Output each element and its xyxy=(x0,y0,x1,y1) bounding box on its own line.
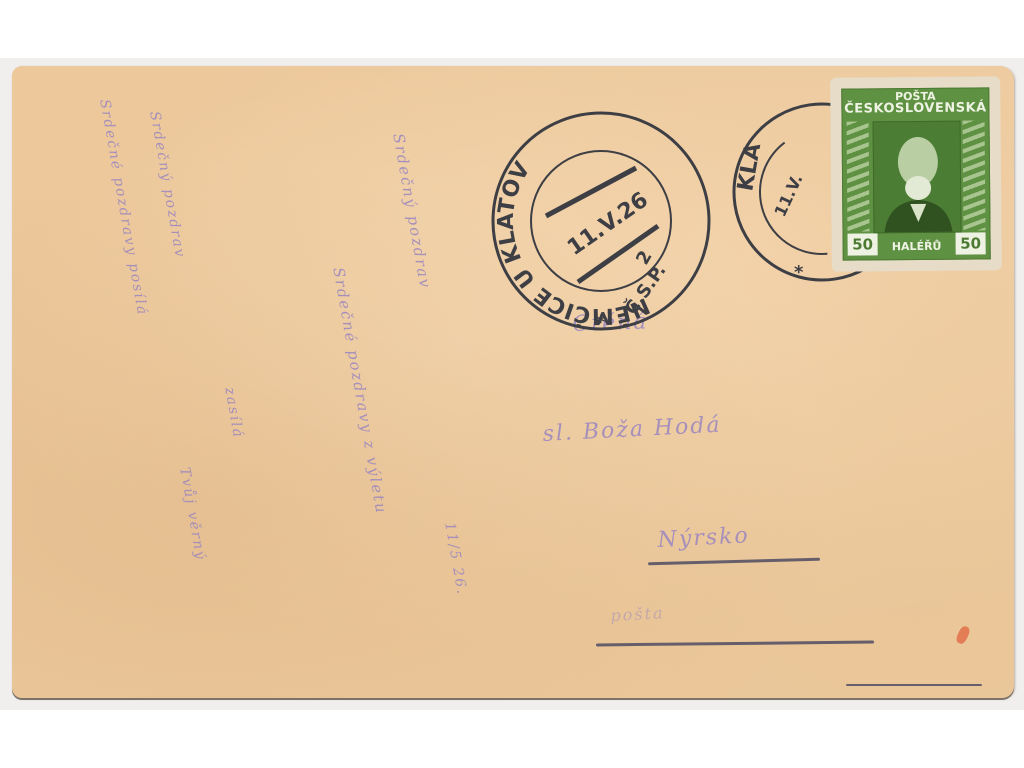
red-ink-mark xyxy=(955,625,972,646)
stamp-value-right: 50 xyxy=(956,232,986,254)
address-underline-3 xyxy=(846,684,982,686)
postage-stamp: POŠTA ČESKOSLOVENSKÁ 50 HALÉŘŮ 50 xyxy=(833,79,999,268)
address-line-2: sl. Boža Hodá xyxy=(542,413,722,447)
postcard: Srdečné pozdravy posílá Srdečný pozdrav … xyxy=(12,66,1014,698)
stamp-currency: HALÉŘŮ xyxy=(880,240,954,254)
message-column-5: Srdečný pozdrav xyxy=(389,132,434,291)
message-column-3: zasílá xyxy=(221,386,246,440)
postmark-town: NĚMČICE U KLATOV xyxy=(459,136,655,368)
stamp-portrait-icon xyxy=(873,121,962,234)
svg-text:NĚMČICE U KLATOV: NĚMČICE U KLATOV xyxy=(459,136,655,368)
stamp-leaf-ornament-left xyxy=(847,121,870,231)
address-line-3: Nýrsko xyxy=(657,523,750,553)
message-column-6: Srdečné pozdravy z výletu xyxy=(329,266,390,516)
message-column-1: Srdečné pozdravy posílá xyxy=(96,98,150,317)
message-column-4: Tvůj věrný xyxy=(176,466,208,562)
message-column-2: Srdečný pozdrav xyxy=(146,110,188,260)
stamp-leaf-ornament-right xyxy=(963,120,986,230)
postmark-secondary-date: 11.V. xyxy=(770,171,806,220)
address-underline-1 xyxy=(648,558,820,566)
stamp-title: POŠTA ČESKOSLOVENSKÁ xyxy=(842,90,988,115)
message-date: 11/5 26. xyxy=(441,521,470,597)
postmark-star: * xyxy=(596,312,606,333)
address-underline-2 xyxy=(596,641,874,647)
postmark-secondary-star: * xyxy=(794,262,804,283)
stamp-value-left: 50 xyxy=(848,233,878,255)
postmark-main: NĚMČICE U KLATOV 11.V.26 2 Č.S.P. * xyxy=(486,106,716,336)
address-line-4: pošta xyxy=(610,603,665,625)
